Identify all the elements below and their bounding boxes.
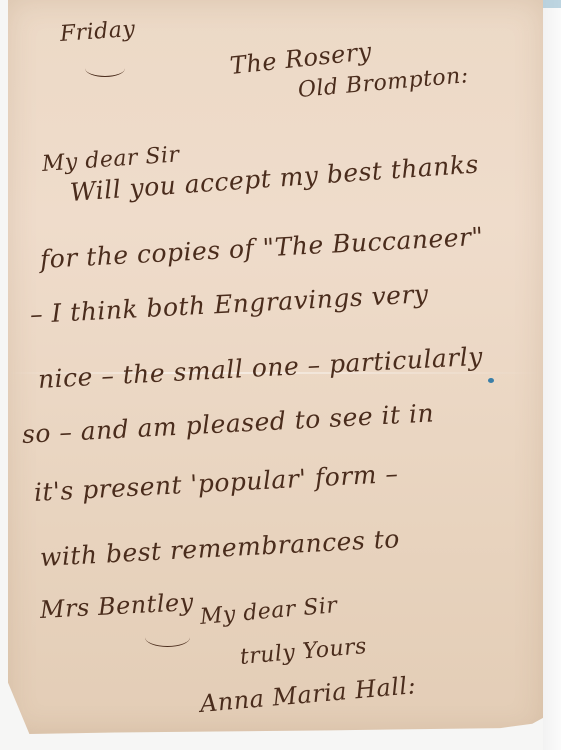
name-flourish bbox=[145, 628, 190, 647]
scan-edge-strip bbox=[543, 0, 561, 8]
scan-margin bbox=[543, 0, 561, 750]
date-flourish bbox=[85, 60, 125, 77]
letter-date: Friday bbox=[59, 17, 136, 47]
ink-blot bbox=[488, 378, 494, 383]
scan-background: Friday The Rosery Old Brompton: My dear … bbox=[0, 0, 561, 750]
